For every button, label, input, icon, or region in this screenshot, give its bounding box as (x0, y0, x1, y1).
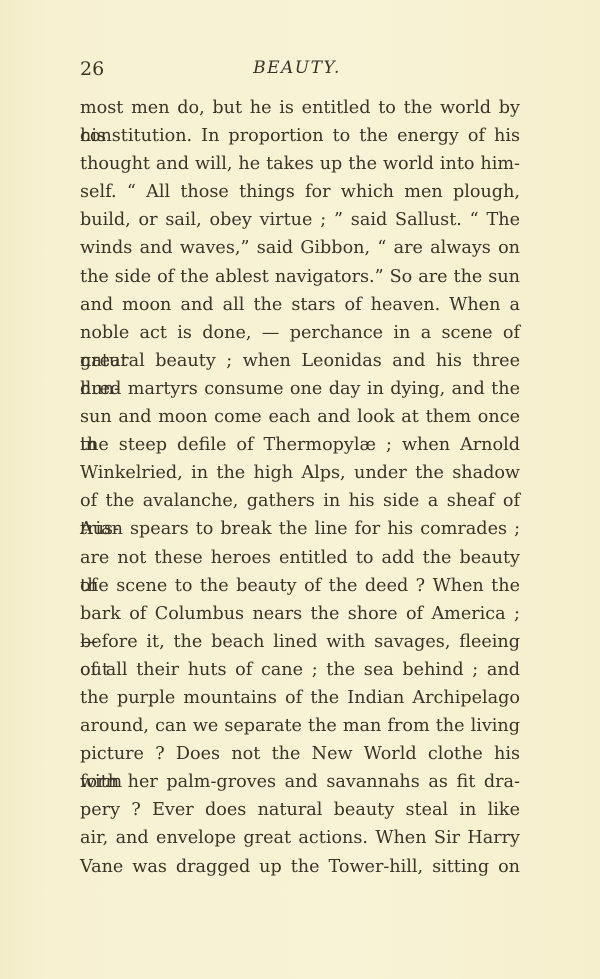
text-line: winds and waves,” said Gibbon, “ are alw… (80, 234, 520, 262)
page-header: 26 BEAUTY. (80, 58, 514, 84)
text-line: the purple mountains of the Indian Archi… (80, 684, 520, 712)
text-line: sun and moon come each and look at them … (80, 403, 520, 431)
text-line: before it, the beach lined with savages,… (80, 628, 520, 656)
running-head: BEAUTY. (80, 58, 514, 78)
text-line: of the avalanche, gathers in his side a … (80, 487, 520, 515)
text-line: constitution. In proportion to the energ… (80, 122, 520, 150)
text-line: trian spears to break the line for his c… (80, 515, 520, 543)
text-line: the side of the ablest navigators.” So a… (80, 263, 520, 291)
text-line: natural beauty ; when Leonidas and his t… (80, 347, 520, 375)
book-page: 26 BEAUTY. most men do, but he is entitl… (0, 0, 600, 979)
text-line: most men do, but he is entitled to the w… (80, 94, 520, 122)
text-line: the steep defile of Thermopylæ ; when Ar… (80, 431, 520, 459)
text-line: air, and envelope great actions. When Si… (80, 824, 520, 852)
text-line: are not these heroes entitled to add the… (80, 544, 520, 572)
text-line: the scene to the beauty of the deed ? Wh… (80, 572, 520, 600)
text-line: dred martyrs consume one day in dying, a… (80, 375, 520, 403)
text-line: pery ? Ever does natural beauty steal in… (80, 796, 520, 824)
text-line: Vane was dragged up the Tower-hill, sitt… (80, 853, 520, 881)
text-line: picture ? Does not the New World clothe … (80, 740, 520, 768)
text-line: self. “ All those things for which men p… (80, 178, 520, 206)
text-line: noble act is done, — perchance in a scen… (80, 319, 520, 347)
body-text: most men do, but he is entitled to the w… (80, 94, 520, 881)
text-line: Winkelried, in the high Alps, under the … (80, 459, 520, 487)
text-line: bark of Columbus nears the shore of Amer… (80, 600, 520, 628)
text-line: of all their huts of cane ; the sea behi… (80, 656, 520, 684)
text-line: around, can we separate the man from the… (80, 712, 520, 740)
text-line: with her palm-groves and savannahs as fi… (80, 768, 520, 796)
text-line: build, or sail, obey virtue ; ” said Sal… (80, 206, 520, 234)
text-line: thought and will, he takes up the world … (80, 150, 520, 178)
text-line: and moon and all the stars of heaven. Wh… (80, 291, 520, 319)
